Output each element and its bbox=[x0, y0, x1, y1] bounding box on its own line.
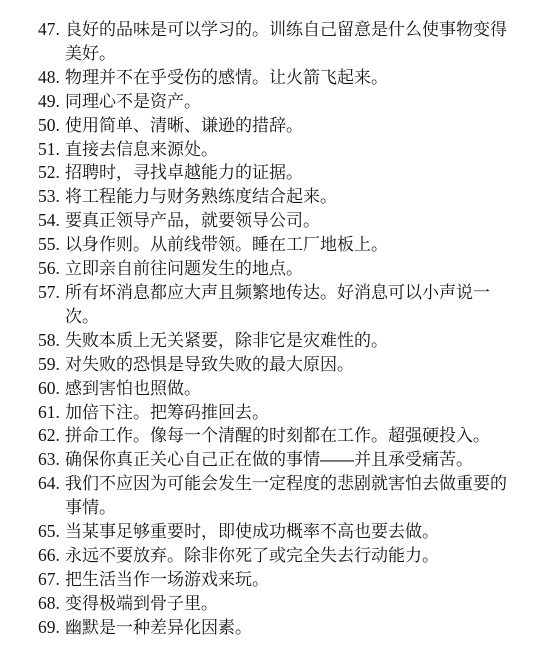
list-item-text: 招聘时，寻找卓越能力的证据。 bbox=[65, 161, 512, 185]
list-item: 48. 物理并不在乎受伤的感情。让火箭飞起来。 bbox=[38, 66, 512, 90]
list-item: 64. 我们不应因为可能会发生一定程度的悲剧就害怕去做重要的事情。 bbox=[38, 472, 512, 520]
list-item-text: 使用简单、清晰、谦逊的措辞。 bbox=[65, 114, 512, 138]
list-item-number: 53. bbox=[38, 185, 65, 209]
list-item-text: 同理心不是资产。 bbox=[65, 90, 512, 114]
list-item-number: 66. bbox=[38, 544, 65, 568]
list-item: 57. 所有坏消息都应大声且频繁地传达。好消息可以小声说一次。 bbox=[38, 281, 512, 329]
list-item: 63. 确保你真正关心自己正在做的事情——并且承受痛苦。 bbox=[38, 448, 512, 472]
list-item-text: 物理并不在乎受伤的感情。让火箭飞起来。 bbox=[65, 66, 512, 90]
list-item: 68. 变得极端到骨子里。 bbox=[38, 592, 512, 616]
list-item-text: 当某事足够重要时，即使成功概率不高也要去做。 bbox=[65, 520, 512, 544]
list-item-number: 49. bbox=[38, 90, 65, 114]
list-item-text: 感到害怕也照做。 bbox=[65, 377, 512, 401]
list-item-text: 加倍下注。把筹码推回去。 bbox=[65, 401, 512, 425]
list-item-text: 所有坏消息都应大声且频繁地传达。好消息可以小声说一次。 bbox=[65, 281, 512, 329]
list-item-number: 59. bbox=[38, 353, 65, 377]
list-item-number: 55. bbox=[38, 233, 65, 257]
list-item: 67. 把生活当作一场游戏来玩。 bbox=[38, 568, 512, 592]
list-item-number: 50. bbox=[38, 114, 65, 138]
list-item-text: 要真正领导产品，就要领导公司。 bbox=[65, 209, 512, 233]
list-item-text: 直接去信息来源处。 bbox=[65, 138, 512, 162]
list-item-number: 51. bbox=[38, 138, 65, 162]
list-item: 47. 良好的品味是可以学习的。训练自己留意是什么使事物变得美好。 bbox=[38, 18, 512, 66]
list-item-number: 67. bbox=[38, 568, 65, 592]
list-item-number: 47. bbox=[38, 18, 65, 42]
list-item: 54. 要真正领导产品，就要领导公司。 bbox=[38, 209, 512, 233]
list-item-number: 63. bbox=[38, 448, 65, 472]
list-item: 66. 永远不要放弃。除非你死了或完全失去行动能力。 bbox=[38, 544, 512, 568]
list-item-text: 幽默是一种差异化因素。 bbox=[65, 616, 512, 640]
list-item-number: 65. bbox=[38, 520, 65, 544]
list-item: 55. 以身作则。从前线带领。睡在工厂地板上。 bbox=[38, 233, 512, 257]
list-item-number: 56. bbox=[38, 257, 65, 281]
list-item-text: 良好的品味是可以学习的。训练自己留意是什么使事物变得美好。 bbox=[65, 18, 512, 66]
list-item-text: 对失败的恐惧是导致失败的最大原因。 bbox=[65, 353, 512, 377]
list-item: 58. 失败本质上无关紧要，除非它是灾难性的。 bbox=[38, 329, 512, 353]
list-item-number: 54. bbox=[38, 209, 65, 233]
list-item-number: 68. bbox=[38, 592, 65, 616]
list-item-number: 52. bbox=[38, 161, 65, 185]
list-item: 65. 当某事足够重要时，即使成功概率不高也要去做。 bbox=[38, 520, 512, 544]
list-item-text: 把生活当作一场游戏来玩。 bbox=[65, 568, 512, 592]
list-item-text: 拼命工作。像每一个清醒的时刻都在工作。超强硬投入。 bbox=[65, 424, 512, 448]
list-item: 62. 拼命工作。像每一个清醒的时刻都在工作。超强硬投入。 bbox=[38, 424, 512, 448]
list-item: 60. 感到害怕也照做。 bbox=[38, 377, 512, 401]
list-item: 53. 将工程能力与财务熟练度结合起来。 bbox=[38, 185, 512, 209]
list-item-number: 58. bbox=[38, 329, 65, 353]
list-item-text: 确保你真正关心自己正在做的事情——并且承受痛苦。 bbox=[65, 448, 512, 472]
list-item-number: 60. bbox=[38, 377, 65, 401]
list-item-text: 我们不应因为可能会发生一定程度的悲剧就害怕去做重要的事情。 bbox=[65, 472, 512, 520]
list-item: 50. 使用简单、清晰、谦逊的措辞。 bbox=[38, 114, 512, 138]
list-item: 59. 对失败的恐惧是导致失败的最大原因。 bbox=[38, 353, 512, 377]
list-item-number: 57. bbox=[38, 281, 65, 305]
list-item-number: 69. bbox=[38, 616, 65, 640]
list-item-text: 永远不要放弃。除非你死了或完全失去行动能力。 bbox=[65, 544, 512, 568]
list-item: 69. 幽默是一种差异化因素。 bbox=[38, 616, 512, 640]
list-item: 51. 直接去信息来源处。 bbox=[38, 138, 512, 162]
list-item-number: 62. bbox=[38, 424, 65, 448]
list-item-number: 48. bbox=[38, 66, 65, 90]
list-item-text: 立即亲自前往问题发生的地点。 bbox=[65, 257, 512, 281]
list-item-number: 64. bbox=[38, 472, 65, 496]
list-item: 56. 立即亲自前往问题发生的地点。 bbox=[38, 257, 512, 281]
list-item-text: 失败本质上无关紧要，除非它是灾难性的。 bbox=[65, 329, 512, 353]
list-item-text: 将工程能力与财务熟练度结合起来。 bbox=[65, 185, 512, 209]
list-item-text: 变得极端到骨子里。 bbox=[65, 592, 512, 616]
list-item-number: 61. bbox=[38, 401, 65, 425]
list-item: 52. 招聘时，寻找卓越能力的证据。 bbox=[38, 161, 512, 185]
list-item: 61. 加倍下注。把筹码推回去。 bbox=[38, 401, 512, 425]
document-page: 47. 良好的品味是可以学习的。训练自己留意是什么使事物变得美好。 48. 物理… bbox=[0, 0, 547, 655]
principles-list: 47. 良好的品味是可以学习的。训练自己留意是什么使事物变得美好。 48. 物理… bbox=[38, 18, 512, 640]
list-item: 49. 同理心不是资产。 bbox=[38, 90, 512, 114]
list-item-text: 以身作则。从前线带领。睡在工厂地板上。 bbox=[65, 233, 512, 257]
